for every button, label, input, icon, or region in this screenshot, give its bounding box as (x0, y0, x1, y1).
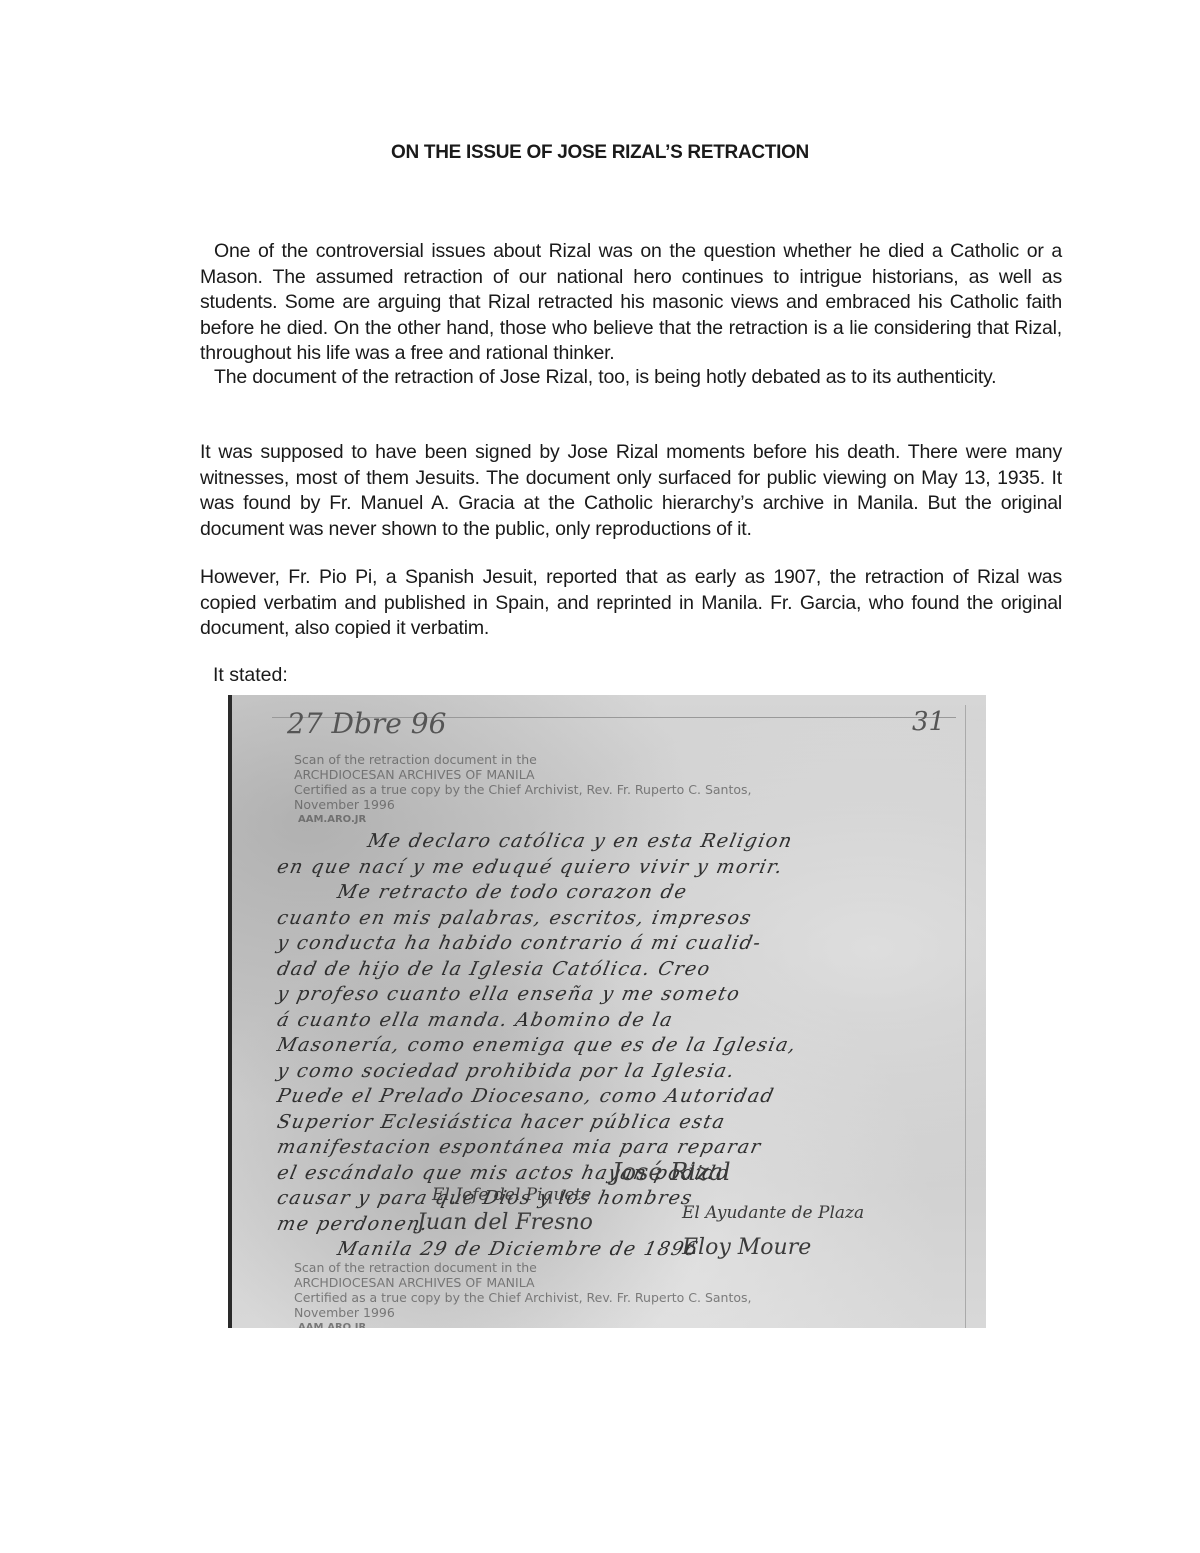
handwritten-line: Me retracto de todo corazon de (274, 881, 959, 907)
retraction-scan-image: 27 Dbre 96 31 Scan of the retraction doc… (228, 695, 986, 1328)
watermark-line: Scan of the retraction document in the (294, 1260, 752, 1275)
paragraph-signing-text: It was supposed to have been signed by J… (200, 441, 1062, 540)
handwritten-line: y como sociedad prohibida por la Iglesia… (274, 1060, 959, 1086)
lead-in-text: It stated: (213, 664, 288, 687)
watermark-code: AAM.ARO.JR (294, 1320, 752, 1328)
paragraph-pio-pi: However, Fr. Pio Pi, a Spanish Jesuit, r… (200, 565, 1062, 642)
handwritten-line: Masonería, como enemiga que es de la Igl… (274, 1034, 959, 1060)
signature-witness1-title: El Jefe del Piquete (432, 1185, 591, 1205)
watermark-line: ARCHDIOCESAN ARCHIVES OF MANILA (294, 767, 752, 782)
handwritten-line: y conducta ha habido contrario á mi cual… (274, 932, 959, 958)
watermark-line: ARCHDIOCESAN ARCHIVES OF MANILA (294, 1275, 752, 1290)
handwritten-line: en que nací y me eduqué quiero vivir y m… (274, 856, 959, 882)
watermark-line: Certified as a true copy by the Chief Ar… (294, 782, 752, 797)
handwritten-line: dad de hijo de la Iglesia Católica. Creo (274, 958, 959, 984)
watermark-top: Scan of the retraction document in the A… (294, 752, 752, 827)
signature-rizal: José Rizal (612, 1158, 731, 1186)
watermark-line: Certified as a true copy by the Chief Ar… (294, 1290, 752, 1305)
handwritten-line: Puede el Prelado Diocesano, como Autorid… (274, 1085, 959, 1111)
watermark-line: November 1996 (294, 1305, 752, 1320)
signature-witness2-title: El Ayudante de Plaza (682, 1203, 864, 1223)
document-title: ON THE ISSUE OF JOSE RIZAL’S RETRACTION (0, 142, 1200, 164)
scan-page-edge (965, 705, 966, 1328)
watermark-line: Scan of the retraction document in the (294, 752, 752, 767)
handwritten-line: y profeso cuanto ella enseña y me someto (274, 983, 959, 1009)
scan-page-number: 31 (912, 707, 945, 737)
handwritten-line: cuanto en mis palabras, escritos, impres… (274, 907, 959, 933)
handwritten-line: Me declaro católica y en esta Religion (274, 830, 959, 856)
handwritten-retraction-text: Me declaro católica y en esta Religion e… (277, 830, 957, 1264)
paragraph-intro: One of the controversial issues about Ri… (200, 239, 1062, 367)
watermark-line: November 1996 (294, 797, 752, 812)
signature-witness1: Juan del Fresno (417, 1210, 593, 1235)
signature-witness2: Eloy Moure (682, 1235, 811, 1260)
paragraph-pio-pi-text: However, Fr. Pio Pi, a Spanish Jesuit, r… (200, 566, 1062, 639)
document-page: ON THE ISSUE OF JOSE RIZAL’S RETRACTION … (0, 0, 1200, 1553)
paragraph-authenticity: The document of the retraction of Jose R… (200, 365, 1062, 391)
handwritten-line: Superior Eclesiástica hacer pública esta (274, 1111, 959, 1137)
paragraph-signing: It was supposed to have been signed by J… (200, 440, 1062, 542)
scan-header-date: 27 Dbre 96 (287, 707, 446, 740)
watermark-bottom: Scan of the retraction document in the A… (294, 1260, 752, 1328)
watermark-code: AAM.ARO.JR (294, 812, 752, 827)
handwritten-line: á cuanto ella manda. Abomino de la (274, 1009, 959, 1035)
